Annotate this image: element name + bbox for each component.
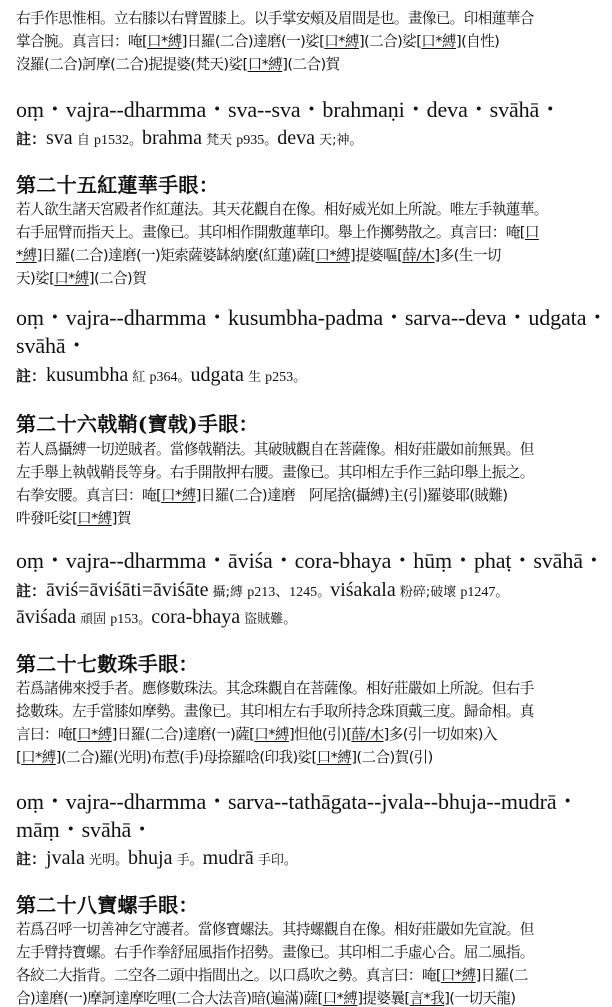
- page-reference: p253: [265, 370, 293, 385]
- variant-character: 口*縛: [315, 247, 350, 264]
- sanskrit-term: āviśada: [16, 606, 76, 628]
- gloss-text: 手。: [172, 853, 202, 868]
- gloss-text: 。: [138, 612, 151, 627]
- variant-character: 口*縛: [54, 270, 89, 287]
- gloss-text: 盜賊難。: [240, 612, 296, 627]
- annotation-label: 註：: [16, 850, 46, 868]
- section-body-line: 各絞二大指背。二空各二頭中指間出之。以口爲吹之勢。真言曰：唵[口*縛]日羅(二: [16, 965, 528, 987]
- variant-character: *縛: [16, 247, 37, 264]
- gloss-text: 生: [244, 370, 265, 385]
- section-heading: 第二十七數珠手眼：: [16, 651, 199, 677]
- variant-character: 口*縛: [77, 726, 112, 743]
- sanskrit-term: deva: [277, 127, 315, 149]
- annotation-content: jvala 光明。bhuja 手。mudrā 手印。: [46, 847, 297, 869]
- annotation-label: 註：: [16, 130, 46, 148]
- page-reference: p213、1245: [247, 585, 317, 600]
- sanskrit-term: cora-bhaya: [151, 606, 240, 628]
- gloss-text: 光明。: [85, 853, 128, 868]
- sanskrit-term: āviś=āviśāti=āviśāte: [46, 579, 209, 601]
- variant-character: 口*縛: [421, 33, 456, 50]
- sanskrit-term: viśakala: [330, 579, 396, 601]
- gloss-text: 梵天: [202, 133, 236, 148]
- section-body-line: 右拳安腰。真言曰：唵[口*縛]日羅(二合)達磨 阿尾捨(攝縛)主(引)羅婆耶(賊…: [16, 485, 507, 507]
- sanskrit-mantra-line: oṃ・vajra--dharmma・sarva--tathāgata--jval…: [16, 789, 578, 815]
- gloss-text: 頑固: [76, 612, 110, 627]
- section-body-line: 天)娑[口*縛](二合)賀: [16, 268, 146, 290]
- variant-character: 口*縛: [254, 726, 289, 743]
- annotation-line: 註：sva 自 p1532。brahma 梵天 p935。deva 天;神。: [16, 126, 363, 153]
- annotation-content: āviśada 頑固 p153。cora-bhaya 盜賊難。: [16, 606, 296, 628]
- sanskrit-term: brahma: [142, 127, 202, 149]
- annotation-content: kusumbha 紅 p364。udgata 生 p253。: [46, 364, 306, 386]
- intro-body-line: 沒羅(二合)訶摩(二合)抳提婆(梵天)娑[口*縛](二合)賀: [16, 54, 340, 76]
- gloss-text: 攝;縛: [209, 585, 248, 600]
- variant-character: 口*縛: [161, 487, 196, 504]
- variant-character: 口*縛: [317, 749, 352, 766]
- section-body-line: 左手舉上執戟鞘長等身。右手開散押右腰。畫像已。其印相左手作三鈷印舉上振之。: [16, 462, 534, 484]
- section-body-line: 捻數珠。左手當膝如摩勢。畫像已。其印相左右手取所持念珠頂戴三度。歸命相。真: [16, 701, 534, 723]
- sanskrit-term: udgata: [191, 364, 244, 386]
- variant-character: 薛/木: [351, 726, 383, 743]
- section-body-line: 左手臂持寶螺。右手作拳舒屈風指作招勢。畫像已。其印相二手虛心合。屈二風指。: [16, 942, 534, 964]
- section-body-line: [口*縛](二合)羅(光明)布惹(手)母捺羅唅(印我)娑[口*縛](二合)賀(引…: [16, 747, 433, 769]
- annotation-label: 註：: [16, 367, 46, 385]
- scripture-page: 右手作思惟相。立右膝以右臂置膝上。以手掌安頰及眉間是也。畫像已。印相蓮華合 掌合…: [0, 0, 612, 1007]
- annotation-line: 註：jvala 光明。bhuja 手。mudrā 手印。: [16, 846, 297, 873]
- page-reference: p935: [236, 133, 264, 148]
- section-body-line: 吽發吒娑[口*縛]賀: [16, 508, 131, 530]
- annotation-line: 註：kusumbha 紅 p364。udgata 生 p253。: [16, 363, 306, 390]
- sanskrit-term: sva: [46, 127, 73, 149]
- gloss-text: 粉碎;破壞: [396, 585, 461, 600]
- sanskrit-mantra-line: oṃ・vajra--dharmma・sva--sva・brahmaṇi・deva…: [16, 97, 561, 123]
- section-body-line: 合)達磨(一)摩訶達摩吃哩(二合大法音)暗(遍滿)薩[口*縛]提婆曩[言*我](…: [16, 988, 515, 1007]
- annotation-content: āviś=āviśāti=āviśāte 攝;縛 p213、1245。viśak…: [46, 579, 508, 601]
- page-reference: p1532: [94, 133, 129, 148]
- section-heading: 第二十六戟鞘(寶戟)手眼：: [16, 411, 259, 437]
- gloss-text: 。: [178, 370, 191, 385]
- gloss-text: 。: [495, 585, 508, 600]
- gloss-text: 手印。: [254, 853, 297, 868]
- annotation-content: sva 自 p1532。brahma 梵天 p935。deva 天;神。: [46, 127, 363, 149]
- gloss-text: 紅: [128, 370, 149, 385]
- gloss-text: 自: [73, 133, 94, 148]
- variant-character: 口*縛: [77, 510, 112, 527]
- annotation-label: 註：: [16, 582, 46, 600]
- gloss-text: 。: [129, 133, 142, 148]
- sanskrit-mantra-line: oṃ・vajra--dharmma・kusumbha-padma・sarva--…: [16, 305, 608, 331]
- gloss-text: 。: [293, 370, 306, 385]
- variant-character: 口*縛: [21, 749, 56, 766]
- gloss-text: 天;神。: [315, 133, 363, 148]
- section-body-line: 右手屈臂而指天上。畫像已。其印相作開敷蓮華印。舉上作擲勢散之。真言曰：唵[口: [16, 222, 539, 244]
- annotation-line: 註：āviś=āviśāti=āviśāte 攝;縛 p213、1245。viś…: [16, 578, 508, 605]
- variant-character: 言*我: [410, 990, 445, 1007]
- variant-character: 薛/木: [402, 247, 434, 264]
- section-body-line: *縛]日羅(二合)達磨(一)矩索薩婆缽納麼(紅蓮)薩[口*縛]提婆嘔[薛/木]多…: [16, 245, 501, 267]
- gloss-text: 。: [264, 133, 277, 148]
- annotation-line: āviśada 頑固 p153。cora-bhaya 盜賊難。: [16, 605, 296, 632]
- section-body-line: 若人欲生諸天宮殿者作紅蓮法。其天花觀自在像。相好威光如上所說。唯左手執蓮華。: [16, 199, 548, 221]
- variant-character: 口*縛: [323, 990, 358, 1007]
- gloss-text: 。: [317, 585, 330, 600]
- section-body-line: 言曰：唵[口*縛]日羅(二合)達磨(一)薩[口*縛]怛他(引)[薛/木]多(引一…: [16, 724, 497, 746]
- sanskrit-term: bhuja: [128, 847, 172, 869]
- sanskrit-mantra-line: svāhā・: [16, 333, 88, 359]
- variant-character: 口*縛: [441, 967, 476, 984]
- variant-character: 口*縛: [147, 33, 182, 50]
- section-heading: 第二十五紅蓮華手眼：: [16, 172, 219, 198]
- intro-body-line: 掌合腕。真言曰：唵[口*縛]日羅(二合)達磨(一)娑[口*縛](二合)娑[口*縛…: [16, 31, 499, 53]
- page-reference: p364: [150, 370, 178, 385]
- sanskrit-term: kusumbha: [46, 364, 128, 386]
- variant-character: 口: [525, 224, 539, 241]
- page-reference: p1247: [460, 585, 495, 600]
- sanskrit-term: jvala: [46, 847, 85, 869]
- section-body-line: 若人爲攝縛一切逆賊者。當修戟鞘法。其破賊觀自在菩薩像。相好莊嚴如前無異。但: [16, 439, 534, 461]
- sanskrit-term: mudrā: [203, 847, 254, 869]
- section-body-line: 若爲諸佛來授手者。應修數珠法。其念珠觀自在菩薩像。相好莊嚴如上所說。但右手: [16, 678, 534, 700]
- sanskrit-mantra-line: oṃ・vajra--dharmma・āviśa・cora-bhaya・hūṃ・p…: [16, 548, 605, 574]
- intro-body-line: 右手作思惟相。立右膝以右臂置膝上。以手掌安頰及眉間是也。畫像已。印相蓮華合: [16, 8, 534, 30]
- section-body-line: 若爲召呼一切善神乞守護者。當修寶螺法。其持螺觀自在像。相好莊嚴如先宣說。但: [16, 919, 534, 941]
- page-reference: p153: [110, 612, 138, 627]
- sanskrit-mantra-line: māṃ・svāhā・: [16, 817, 153, 843]
- variant-character: 口*縛: [324, 33, 359, 50]
- variant-character: 口*縛: [248, 56, 283, 73]
- section-heading: 第二十八寶螺手眼：: [16, 892, 199, 918]
